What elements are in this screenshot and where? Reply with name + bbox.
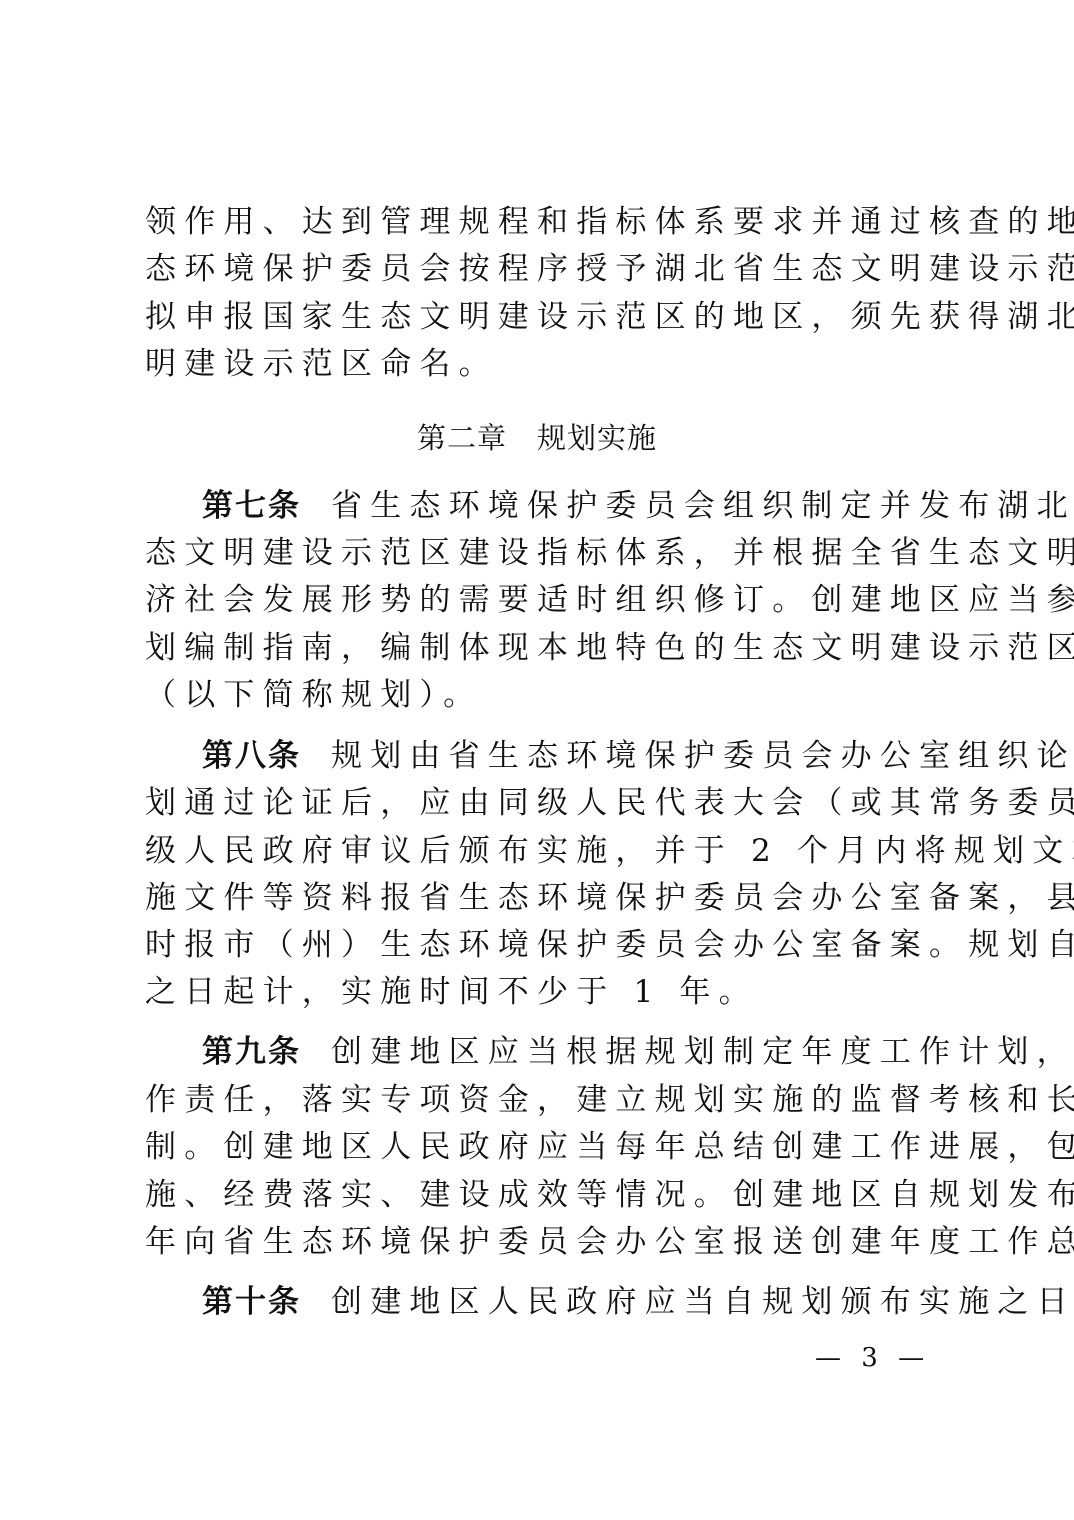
paragraph-line: 之日起计，实施时间不少于 1 年。 bbox=[145, 972, 945, 1012]
article-label: 第七条 bbox=[202, 488, 301, 524]
chapter-title: 规划实施 bbox=[537, 421, 657, 455]
paragraph-line: 制。创建地区人民政府应当每年总结创建工作进展，包括项目实 bbox=[145, 1127, 945, 1167]
article-10-line: 第十条创建地区人民政府应当自规划颁布实施之日起，在 bbox=[202, 1282, 1002, 1322]
article-label: 第九条 bbox=[202, 1034, 301, 1070]
paragraph-line: 领作用、达到管理规程和指标体系要求并通过核查的地区，省生 bbox=[145, 202, 945, 242]
paragraph-line: 划通过论证后，应由同级人民代表大会（或其常务委员会）或本 bbox=[145, 783, 945, 823]
article-8-line: 第八条规划由省生态环境保护委员会办公室组织论证。规 bbox=[202, 736, 1002, 776]
paragraph-line: 年向省生态环境保护委员会办公室报送创建年度工作总结报告。 bbox=[145, 1222, 945, 1262]
paragraph-line: 拟申报国家生态文明建设示范区的地区，须先获得湖北省生态文 bbox=[145, 297, 945, 337]
article-9-line: 第九条创建地区应当根据规划制定年度工作计划，明确工 bbox=[202, 1032, 1002, 1072]
article-7-line: 第七条省生态环境保护委员会组织制定并发布湖北省生 bbox=[202, 486, 1002, 526]
chapter-heading: 第二章规划实施 bbox=[0, 418, 1074, 458]
chapter-number: 第二章 bbox=[417, 421, 507, 455]
paragraph-line: 作责任，落实专项资金，建立规划实施的监督考核和长效管理机 bbox=[145, 1080, 945, 1120]
paragraph-line: 施文件等资料报省生态环境保护委员会办公室备案，县级规划同 bbox=[145, 878, 945, 918]
paragraph-line: 级人民政府审议后颁布实施，并于 2 个月内将规划文本和颁布实 bbox=[145, 831, 945, 871]
article-label: 第十条 bbox=[202, 1284, 301, 1320]
paragraph-line: 态环境保护委员会按程序授予湖北省生态文明建设示范区称号。 bbox=[145, 249, 945, 289]
page-number: — 3 — bbox=[815, 1340, 930, 1376]
paragraph-line: 划编制指南，编制体现本地特色的生态文明建设示范区创建规划 bbox=[145, 628, 945, 668]
paragraph-line: 时报市（州）生态环境保护委员会办公室备案。规划自规划颁布 bbox=[145, 925, 945, 965]
paragraph-line: 施、经费落实、建设成效等情况。创建地区自规划发布之日起每 bbox=[145, 1175, 945, 1215]
paragraph-line: 济社会发展形势的需要适时组织修订。创建地区应当参照国家规 bbox=[145, 580, 945, 620]
paragraph-line: （以下简称规划）。 bbox=[145, 675, 945, 715]
paragraph-line: 态文明建设示范区建设指标体系，并根据全省生态文明建设和经 bbox=[145, 533, 945, 573]
article-label: 第八条 bbox=[202, 738, 301, 774]
paragraph-line: 明建设示范区命名。 bbox=[145, 344, 945, 384]
